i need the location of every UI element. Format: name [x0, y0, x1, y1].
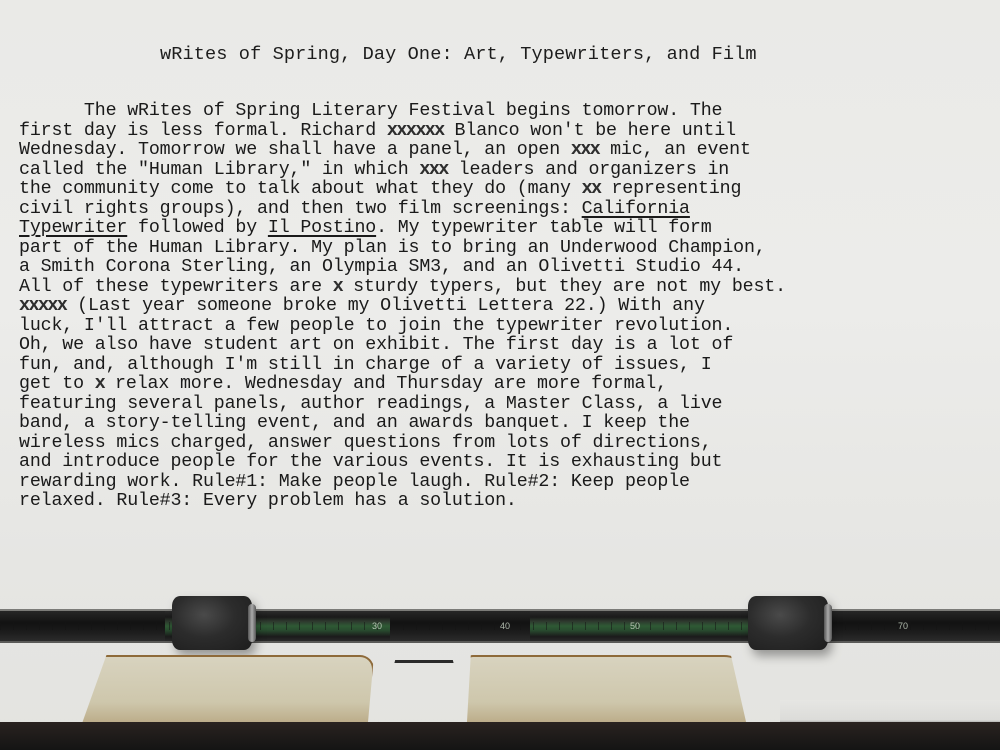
typed-line: Typewriter followed by Il Postino. My ty…: [19, 219, 979, 239]
typed-text: the community come to talk about what th…: [19, 179, 582, 199]
typed-text: relax more. Wednesday and Thursday are m…: [104, 374, 667, 394]
typed-line: Wednesday. Tomorrow we shall have a pane…: [19, 141, 979, 161]
typed-line: civil rights groups), and then two film …: [19, 200, 979, 220]
crossed-out-word: x: [95, 374, 104, 394]
typed-text: part of the Human Library. My plan is to…: [19, 238, 766, 258]
crossed-out-word: xxx: [571, 140, 599, 160]
typed-text: Blanco won't be here until: [444, 121, 736, 141]
typed-text: wireless mics charged, answer questions …: [19, 433, 712, 453]
typed-line: xxxxx (Last year someone broke my Olivet…: [19, 297, 979, 317]
typed-line: a Smith Corona Sterling, an Olympia SM3,…: [19, 258, 979, 278]
typed-line: The wRites of Spring Literary Festival b…: [19, 102, 979, 122]
paper-bail-rail: 30 40 50 70: [0, 609, 1000, 643]
typed-body-text: The wRites of Spring Literary Festival b…: [19, 102, 979, 512]
typed-line: band, a story-telling event, and an awar…: [19, 414, 979, 434]
typed-line: called the "Human Library," in which xxx…: [19, 161, 979, 181]
typed-line: featuring several panels, author reading…: [19, 395, 979, 415]
typed-line: wireless mics charged, answer questions …: [19, 434, 979, 454]
typed-line: fun, and, although I'm still in charge o…: [19, 356, 979, 376]
typed-text: leaders and organizers in: [448, 160, 729, 180]
typed-line: luck, I'll attract a few people to join …: [19, 317, 979, 337]
crossed-out-word: xxx: [419, 160, 447, 180]
underlined-film-title: Typewriter: [19, 218, 127, 238]
scale-number: 50: [630, 621, 640, 631]
crossed-out-word: xx: [582, 179, 601, 199]
typed-line: get to x relax more. Wednesday and Thurs…: [19, 375, 979, 395]
typed-text: a Smith Corona Sterling, an Olympia SM3,…: [19, 257, 744, 277]
typed-text: civil rights groups), and then two film …: [19, 199, 582, 219]
typed-text: luck, I'll attract a few people to join …: [19, 316, 733, 336]
typed-text: Wednesday. Tomorrow we shall have a pane…: [19, 140, 571, 160]
typed-line: and introduce people for the various eve…: [19, 453, 979, 473]
typed-text: and introduce people for the various eve…: [19, 452, 722, 472]
crossed-out-word: xxxxxx: [387, 121, 444, 141]
page-title: wRites of Spring, Day One: Art, Typewrit…: [160, 44, 880, 65]
typed-text: followed by: [127, 218, 268, 238]
typed-text: . My typewriter table will form: [376, 218, 711, 238]
scale-number: 70: [898, 621, 908, 631]
typed-line: first day is less formal. Richard xxxxxx…: [19, 122, 979, 142]
typewriter-base: [0, 722, 1000, 750]
crossed-out-word: xxxxx: [19, 296, 66, 316]
typed-line: rewarding work. Rule#1: Make people laug…: [19, 473, 979, 493]
typed-line: All of these typewriters are x sturdy ty…: [19, 278, 979, 298]
typed-text: The wRites of Spring Literary Festival b…: [19, 101, 722, 121]
typed-text: All of these typewriters are: [19, 277, 333, 297]
typed-line: relaxed. Rule#3: Every problem has a sol…: [19, 492, 979, 512]
typed-line: the community come to talk about what th…: [19, 180, 979, 200]
typed-text: first day is less formal. Richard: [19, 121, 387, 141]
typed-text: sturdy typers, but they are not my best.: [342, 277, 786, 297]
typed-text: rewarding work. Rule#1: Make people laug…: [19, 472, 690, 492]
typed-text: featuring several panels, author reading…: [19, 394, 722, 414]
typed-line: part of the Human Library. My plan is to…: [19, 239, 979, 259]
typed-text: band, a story-telling event, and an awar…: [19, 413, 690, 433]
typed-text: get to: [19, 374, 95, 394]
scale-number: 30: [372, 621, 382, 631]
typed-line: Oh, we also have student art on exhibit.…: [19, 336, 979, 356]
underlined-film-title: Il Postino: [268, 218, 376, 238]
scale-number: 40: [500, 621, 510, 631]
typed-text: relaxed. Rule#3: Every problem has a sol…: [19, 491, 517, 511]
paper-bail-roller-left[interactable]: [172, 596, 252, 650]
typed-text: mic, an event: [599, 140, 751, 160]
typed-text: (Last year someone broke my Olivetti Let…: [66, 296, 704, 316]
paper-bail-roller-right[interactable]: [748, 596, 828, 650]
crossed-out-word: x: [333, 277, 342, 297]
typed-text: fun, and, although I'm still in charge o…: [19, 355, 712, 375]
underlined-film-title: California: [582, 199, 690, 219]
typed-text: Oh, we also have student art on exhibit.…: [19, 335, 733, 355]
typed-text: called the "Human Library," in which: [19, 160, 419, 180]
typed-text: representing: [601, 179, 742, 199]
